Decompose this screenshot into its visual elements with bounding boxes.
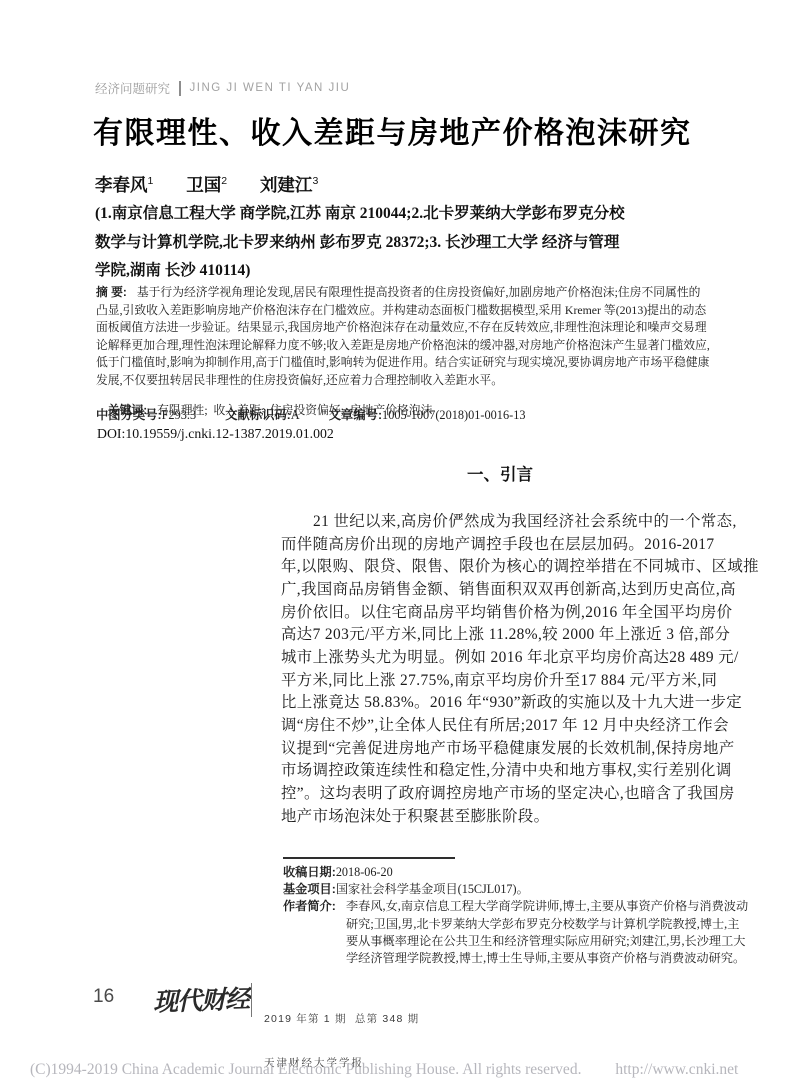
affiliation-line: (1.南京信息工程大学 商学院,江苏 南京 210044;2.北卡罗莱纳大学彭布… — [95, 200, 723, 229]
journal-category-label: 经济问题研究 — [95, 79, 170, 97]
clc-label: 中图分类号: — [96, 408, 162, 422]
fund-project-label: 基金项目: — [283, 882, 336, 896]
bio-line: 研究;卫国,男,北卡罗莱纳大学彭布罗克分校数学与计算机学院教授,博士,主 — [346, 916, 748, 933]
section-heading: 一、引言 — [280, 461, 720, 485]
body-line: 城市上涨势头尤为明显。例如 2016 年北京平均房价高达28 489 元/ — [281, 647, 723, 670]
journal-header: 经济问题研究 JING JI WEN TI YAN JIU — [95, 79, 350, 97]
bio-line: 要从事概率理论在公共卫生和经济管理实际应用研究;刘建江,男,长沙理工大 — [346, 933, 748, 950]
article-title: 有限理性、收入差距与房地产价格泡沫研究 — [93, 108, 733, 152]
body-line: 议提到“完善促进房地产市场平稳健康发展的长效机制,保持房地产 — [281, 738, 723, 761]
abstract-line: 凸显,引致收入差距影响房地产价格泡沫存在门槛效应。并构建动态面板门槛数据模型,采… — [96, 302, 723, 320]
copyright-url: http://www.cnki.net — [615, 1061, 738, 1078]
body-line: 地产市场泡沫处于积聚甚至膨胀阶段。 — [281, 806, 723, 829]
author-superscript: 2 — [221, 175, 227, 187]
copyright-strip: (C)1994-2019 China Academic Journal Elec… — [30, 1061, 775, 1079]
bio-line: 李春风,女,南京信息工程大学商学院讲师,博士,主要从事资产价格与消费波动 — [346, 898, 748, 915]
affiliation-line: 学院,湖南 长沙 410114) — [95, 257, 723, 286]
abstract-block: 摘 要:基于行为经济学视角理论发现,居民有限理性提高投资者的住房投资偏好,加剧房… — [96, 284, 723, 390]
footer-divider — [251, 983, 252, 1017]
body-line: 控”。这均表明了政府调控房地产市场的坚定决心,也暗含了我国房 — [281, 783, 723, 806]
author-name: 卫国2 — [186, 175, 227, 195]
header-divider — [179, 81, 181, 96]
intro-paragraph: 21 世纪以来,高房价俨然成为我国经济社会系统中的一个常态, 而伴随高房价出现的… — [281, 511, 723, 828]
footnote-block: 收稿日期:2018-06-20 基金项目:国家社会科学基金项目(15CJL017… — [283, 864, 728, 967]
author-superscript: 1 — [148, 175, 154, 187]
body-line: 广,我国商品房销售金额、销售面积双双再创新高,达到历史高位,高 — [281, 579, 723, 602]
document-code-label: 文献标识码: — [225, 408, 291, 422]
journal-logo: 现代财经 — [152, 979, 249, 1018]
body-line: 而伴随高房价出现的房地产调控手段也在层层加码。2016-2017 — [281, 534, 723, 557]
abstract-line: 摘 要:基于行为经济学视角理论发现,居民有限理性提高投资者的住房投资偏好,加剧房… — [96, 284, 723, 302]
body-line: 房价依旧。以住宅商品房平均销售价格为例,2016 年全国平均房价 — [281, 602, 723, 625]
bio-line: 学经济管理学院教授,博士,博士生导师,主要从事资产价格与消费波动研究。 — [346, 950, 748, 967]
fund-project-row: 基金项目:国家社会科学基金项目(15CJL017)。 — [283, 881, 728, 898]
journal-category-pinyin: JING JI WEN TI YAN JIU — [190, 82, 351, 94]
abstract-label: 摘 要: — [96, 285, 127, 299]
body-line: 高达7 203元/平方米,同比上涨 11.28%,较 2000 年上涨近 3 倍… — [281, 624, 723, 647]
body-line: 市场调控政策连续性和稳定性,分清中央和地方事权,实行差别化调 — [281, 760, 723, 783]
received-date-label: 收稿日期: — [283, 865, 336, 879]
body-line: 21 世纪以来,高房价俨然成为我国经济社会系统中的一个常态, — [281, 511, 723, 534]
footnote-separator — [283, 857, 455, 859]
author-bio-row: 作者简介: 李春风,女,南京信息工程大学商学院讲师,博士,主要从事资产价格与消费… — [283, 898, 728, 967]
received-date-row: 收稿日期:2018-06-20 — [283, 864, 728, 881]
paper-page: 经济问题研究 JING JI WEN TI YAN JIU 有限理性、收入差距与… — [0, 0, 799, 1086]
author-name: 李春风1 — [95, 175, 153, 195]
page-number: 16 — [93, 986, 114, 1008]
meta-row: 中图分类号:F293.3 文献标识码:A 文章编号:1005-1007(2018… — [96, 405, 552, 423]
clc-number: 中图分类号:F293.3 — [96, 408, 196, 422]
document-code: 文献标识码:A — [225, 408, 299, 422]
affiliation-line: 数学与计算机学院,北卡罗来纳州 彭布罗克 28372;3. 长沙理工大学 经济与… — [95, 229, 723, 258]
body-line: 平方米,同比上涨 27.75%,南京平均房价升至17 884 元/平方米,同 — [281, 670, 723, 693]
article-id: 文章编号:1005-1007(2018)01-0016-13 — [329, 408, 526, 422]
body-line: 调“房住不炒”,让全体人民住有所居;2017 年 12 月中央经济工作会 — [281, 715, 723, 738]
author-bio-text: 李春风,女,南京信息工程大学商学院讲师,博士,主要从事资产价格与消费波动 研究;… — [346, 898, 748, 967]
article-id-label: 文章编号: — [329, 408, 382, 422]
abstract-line: 论解释更加合理,理性泡沫理论解释力度不够;收入差距是房地产价格泡沫的缓冲器,对房… — [96, 337, 723, 355]
affiliation-block: (1.南京信息工程大学 商学院,江苏 南京 210044;2.北卡罗莱纳大学彭布… — [95, 200, 723, 286]
author-superscript: 3 — [312, 175, 318, 187]
doi-text: DOI:10.19559/j.cnki.12-1387.2019.01.002 — [97, 426, 334, 442]
author-name: 刘建江3 — [260, 175, 318, 195]
body-line: 比上涨竟达 58.83%。2016 年“930”新政的实施以及十九大进一步定 — [281, 692, 723, 715]
body-line: 年,以限购、限贷、限售、限价为核心的调控举措在不同城市、区域推 — [281, 556, 723, 579]
author-bio-label: 作者简介: — [283, 898, 346, 967]
abstract-line: 面板阈值方法进一步验证。结果显示,我国房地产价格泡沫存在动量效应,不存在反转效应… — [96, 319, 723, 337]
author-list: 李春风1 卫国2 刘建江3 — [95, 172, 346, 197]
issue-line: 2019 年第 1 期 总第 348 期 — [264, 1011, 419, 1026]
copyright-text: (C)1994-2019 China Academic Journal Elec… — [30, 1061, 581, 1078]
abstract-line: 低于门槛值时,影响为抑制作用,高于门槛值时,影响转为促进作用。结合实证研究与现实… — [96, 354, 723, 372]
